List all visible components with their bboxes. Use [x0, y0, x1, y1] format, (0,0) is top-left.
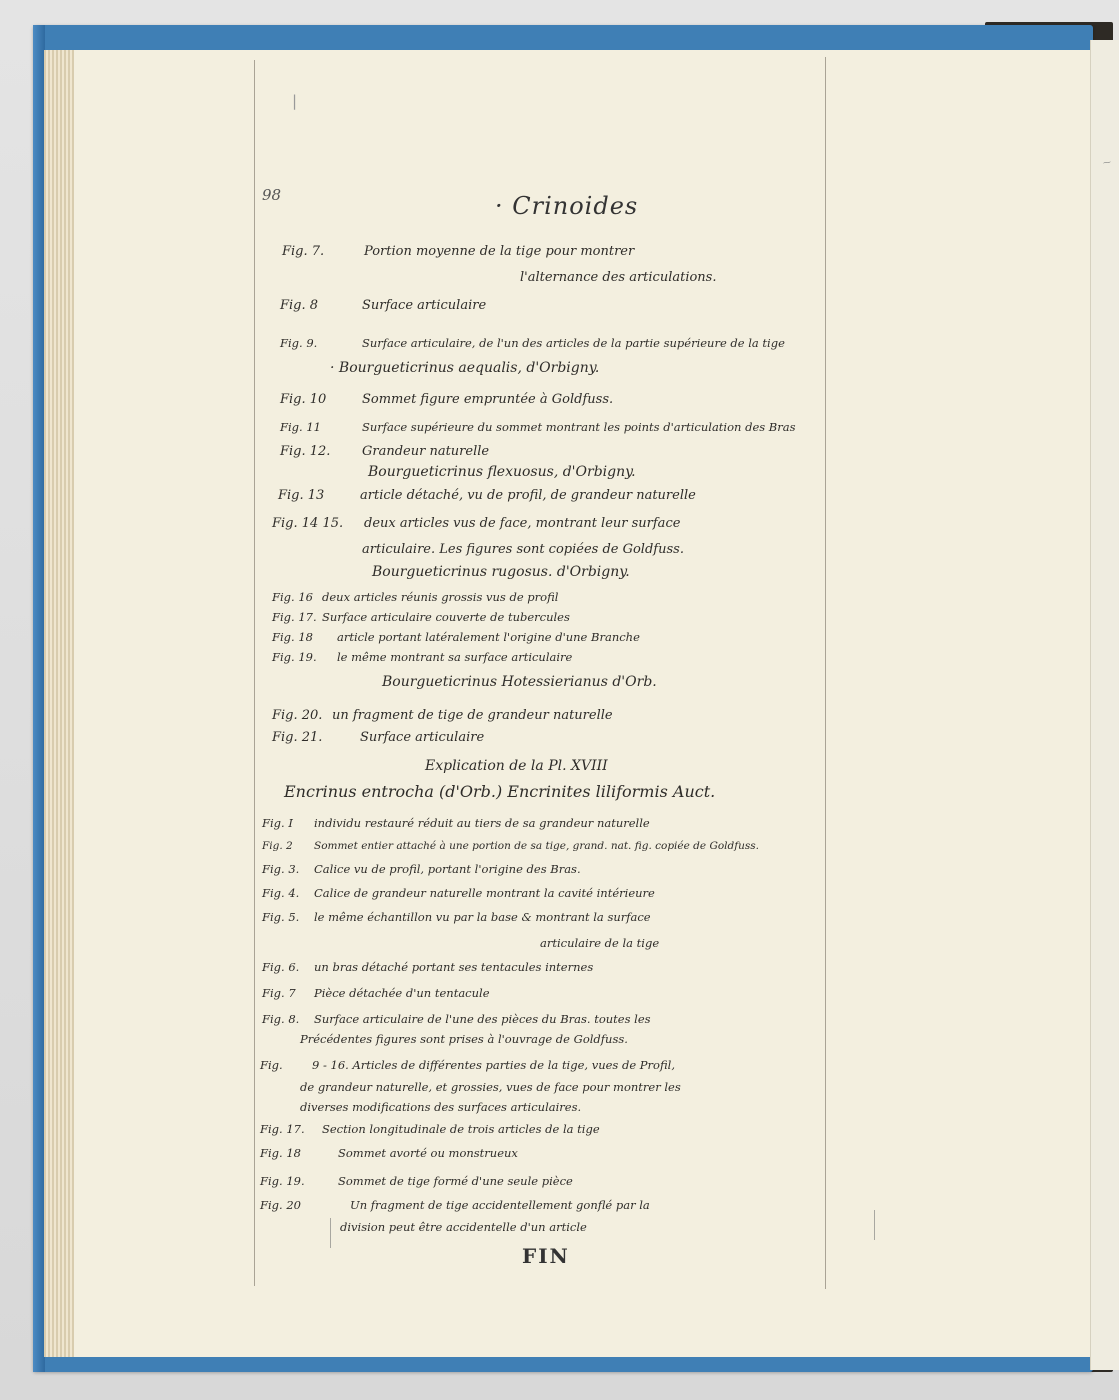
entry-line: Fig. 19.Sommet de tige formé d'une seule…	[260, 1174, 573, 1188]
entry-line: Fig. 5.le même échantillon vu par la bas…	[262, 910, 651, 924]
entry-line: Fig. 18article portant latéralement l'or…	[272, 630, 640, 644]
entry-line: Fig.9 - 16. Articles de différentes part…	[260, 1058, 675, 1072]
entry-line: Fig. Iindividu restauré réduit au tiers …	[262, 816, 650, 830]
species-heading: · Bourgueticrinus aequalis, d'Orbigny.	[330, 360, 599, 376]
entry-line: Fig. 21.Surface articulaire	[272, 730, 484, 745]
entry-line: l'alternance des articulations.	[520, 270, 717, 285]
entry-line: Fig. 14 15.deux articles vus de face, mo…	[272, 516, 680, 531]
page-title: · Crinoides	[495, 192, 638, 220]
page-number: 98	[262, 186, 281, 204]
species-heading: Bourgueticrinus Hotessierianus d'Orb.	[382, 674, 657, 690]
page-stack-edge	[44, 50, 74, 1357]
entry-line: Fig. 2Sommet entier attaché à une portio…	[262, 840, 759, 852]
pencil-mark: |	[292, 92, 297, 110]
entry-line: Fig. 18Sommet avorté ou monstrueux	[260, 1146, 518, 1160]
pencil-tick	[874, 1210, 875, 1240]
entry-line: Fig. 9.Surface articulaire, de l'un des …	[280, 336, 785, 350]
ink-vertical-stroke	[330, 1218, 331, 1248]
facing-page-mark: ⁓	[1102, 157, 1111, 167]
entry-line: Fig. 4.Calice de grandeur naturelle mont…	[262, 886, 655, 900]
end-mark: FIN	[522, 1244, 570, 1268]
left-margin-rule	[254, 60, 255, 1286]
entry-line: Fig. 7.Portion moyenne de la tige pour m…	[282, 244, 634, 259]
entry-line: Fig. 20Un fragment de tige accidentellem…	[260, 1198, 650, 1212]
species-heading: Bourgueticrinus rugosus. d'Orbigny.	[372, 564, 630, 580]
species-heading: Encrinus entrocha (d'Orb.) Encrinites li…	[284, 782, 715, 801]
entry-line: Fig. 3.Calice vu de profil, portant l'or…	[262, 862, 581, 876]
entry-line: articulaire de la tige	[540, 936, 659, 950]
entry-line: Fig. 13article détaché, vu de profil, de…	[278, 488, 696, 503]
entry-line: articulaire. Les figures sont copiées de…	[362, 542, 684, 557]
facing-page-edge: ⁓	[1090, 40, 1119, 1370]
plate-heading: Explication de la Pl. XVIII	[425, 758, 608, 774]
entry-line: Fig. 10Sommet figure empruntée à Goldfus…	[280, 392, 613, 407]
right-margin-rule	[825, 57, 826, 1289]
entry-line: Fig. 12.Grandeur naturelle	[280, 444, 489, 459]
entry-line: Fig. 17.Surface articulaire couverte de …	[272, 610, 570, 624]
entry-line: Fig. 20.un fragment de tige de grandeur …	[272, 708, 613, 723]
entry-line: Fig. 19.le même montrant sa surface arti…	[272, 650, 572, 664]
entry-line: Fig. 6.un bras détaché portant ses tenta…	[262, 960, 593, 974]
entry-line: diverses modifications des surfaces arti…	[300, 1100, 581, 1114]
entry-line: de grandeur naturelle, et grossies, vues…	[300, 1080, 681, 1094]
entry-line: Fig. 7Pièce détachée d'un tentacule	[262, 986, 490, 1000]
species-heading: Bourgueticrinus flexuosus, d'Orbigny.	[368, 464, 636, 480]
entry-line: Précédentes figures sont prises à l'ouvr…	[300, 1032, 628, 1046]
entry-line: Fig. 11Surface supérieure du sommet mont…	[280, 420, 796, 434]
entry-line: Fig. 8Surface articulaire	[280, 298, 486, 313]
entry-line: Fig. 8.Surface articulaire de l'une des …	[262, 1012, 651, 1026]
entry-line: division peut être accidentelle d'un art…	[340, 1220, 587, 1234]
entry-line: Fig. 16deux articles réunis grossis vus …	[272, 590, 558, 604]
entry-line: Fig. 17.Section longitudinale de trois a…	[260, 1122, 600, 1136]
